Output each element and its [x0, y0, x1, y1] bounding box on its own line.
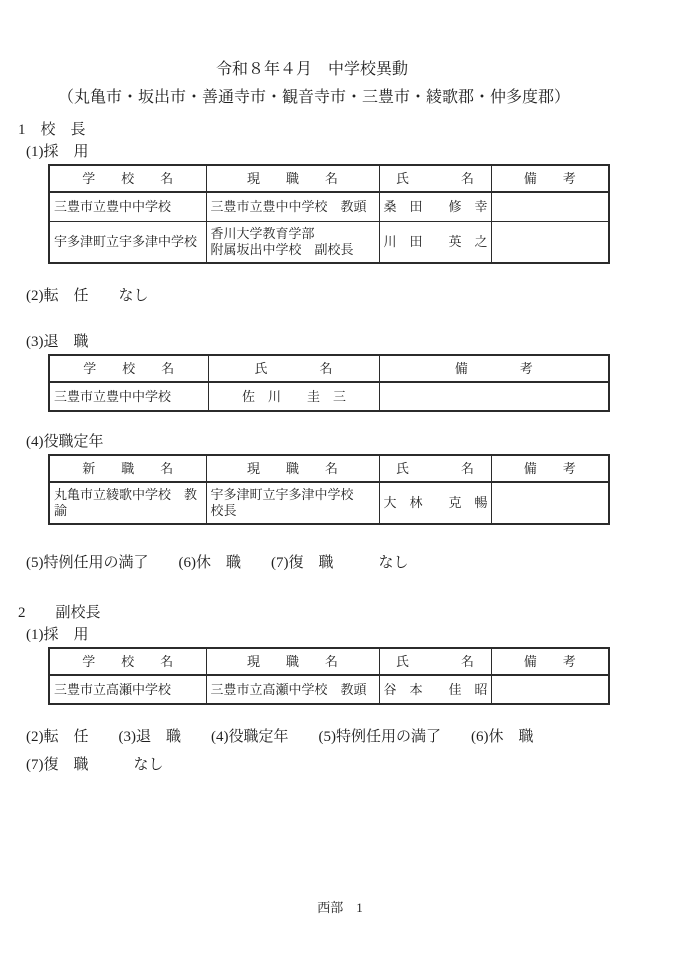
- s1-mandatory-retirement-label: (4)役職定年: [26, 432, 680, 452]
- table-row: 三豊市立豊中中学校 三豊市立豊中中学校 教頭 桑 田 修 幸: [49, 192, 609, 221]
- document-title: 令和８年４月 中学校異動: [0, 60, 624, 80]
- table-header-row: 学 校 名 氏 名 備 考: [49, 355, 609, 382]
- s1-other-items-label: (5)特例任用の満了 (6)休 職 (7)復 職 なし: [26, 553, 680, 573]
- cell-person-name: 谷 本 佳 昭: [379, 675, 491, 704]
- cell-current-position: 三豊市立豊中中学校 教頭: [206, 192, 379, 221]
- col-header-school-name: 学 校 名: [49, 165, 206, 192]
- cell-current-position: 宇多津町立宇多津中学校 校長: [206, 482, 379, 524]
- col-header-person-name: 氏 名: [208, 355, 379, 382]
- section-2-heading: 2 副校長: [18, 603, 680, 623]
- cell-person-name: 桑 田 修 幸: [379, 192, 491, 221]
- col-header-person-name: 氏 名: [379, 455, 491, 482]
- section-1-heading: 1 校 長: [18, 120, 680, 140]
- s2-adoption-table: 学 校 名 現 職 名 氏 名 備 考 三豊市立高瀬中学校 三豊市立高瀬中学校 …: [48, 647, 610, 705]
- col-header-person-name: 氏 名: [379, 165, 491, 192]
- cell-current-position: 香川大学教育学部 附属坂出中学校 副校長: [206, 221, 379, 263]
- cell-person-name: 川 田 英 之: [379, 221, 491, 263]
- cell-current-position: 三豊市立高瀬中学校 教頭: [206, 675, 379, 704]
- col-header-remarks: 備 考: [491, 648, 609, 675]
- table-row: 丸亀市立綾歌中学校 教諭 宇多津町立宇多津中学校 校長 大 林 克 暢: [49, 482, 609, 524]
- s2-adoption-label: (1)採 用: [26, 625, 680, 645]
- table-header-row: 学 校 名 現 職 名 氏 名 備 考: [49, 648, 609, 675]
- cell-person-name: 佐 川 圭 三: [208, 382, 379, 411]
- col-header-new-position: 新 職 名: [49, 455, 206, 482]
- col-header-current-position: 現 職 名: [206, 648, 379, 675]
- cell-new-position: 丸亀市立綾歌中学校 教諭: [49, 482, 206, 524]
- col-header-current-position: 現 職 名: [206, 455, 379, 482]
- cell-remarks: [491, 192, 609, 221]
- cell-school-name: 三豊市立豊中中学校: [49, 192, 206, 221]
- document-page: 令和８年４月 中学校異動 （丸亀市・坂出市・善通寺市・観音寺市・三豊市・綾歌郡・…: [0, 0, 680, 961]
- s1-retirement-label: (3)退 職: [26, 332, 680, 352]
- s2-other-items-line2: (7)復 職 なし: [26, 755, 680, 775]
- table-row: 宇多津町立宇多津中学校 香川大学教育学部 附属坂出中学校 副校長 川 田 英 之: [49, 221, 609, 263]
- cell-school-name: 宇多津町立宇多津中学校: [49, 221, 206, 263]
- cell-person-name: 大 林 克 暢: [379, 482, 491, 524]
- cell-remarks: [379, 382, 609, 411]
- table-row: 三豊市立豊中中学校 佐 川 圭 三: [49, 382, 609, 411]
- col-header-school-name: 学 校 名: [49, 648, 206, 675]
- s1-mandatory-retirement-table: 新 職 名 現 職 名 氏 名 備 考 丸亀市立綾歌中学校 教諭 宇多津町立宇多…: [48, 454, 610, 525]
- page-footer: 西部 1: [0, 898, 680, 918]
- s1-adoption-table: 学 校 名 現 職 名 氏 名 備 考 三豊市立豊中中学校 三豊市立豊中中学校 …: [48, 164, 610, 264]
- cell-school-name: 三豊市立高瀬中学校: [49, 675, 206, 704]
- document-subtitle: （丸亀市・坂出市・善通寺市・観音寺市・三豊市・綾歌郡・仲多度郡）: [58, 88, 680, 108]
- col-header-school-name: 学 校 名: [49, 355, 208, 382]
- cell-remarks: [491, 482, 609, 524]
- table-header-row: 新 職 名 現 職 名 氏 名 備 考: [49, 455, 609, 482]
- table-header-row: 学 校 名 現 職 名 氏 名 備 考: [49, 165, 609, 192]
- s2-other-items-line1: (2)転 任 (3)退 職 (4)役職定年 (5)特例任用の満了 (6)休 職: [26, 727, 680, 747]
- col-header-remarks: 備 考: [491, 165, 609, 192]
- s1-transfer-label: (2)転 任 なし: [26, 286, 680, 306]
- s1-retirement-table: 学 校 名 氏 名 備 考 三豊市立豊中中学校 佐 川 圭 三: [48, 354, 610, 412]
- cell-remarks: [491, 675, 609, 704]
- s1-adoption-label: (1)採 用: [26, 142, 680, 162]
- col-header-current-position: 現 職 名: [206, 165, 379, 192]
- cell-remarks: [491, 221, 609, 263]
- col-header-remarks: 備 考: [379, 355, 609, 382]
- col-header-person-name: 氏 名: [379, 648, 491, 675]
- cell-school-name: 三豊市立豊中中学校: [49, 382, 208, 411]
- table-row: 三豊市立高瀬中学校 三豊市立高瀬中学校 教頭 谷 本 佳 昭: [49, 675, 609, 704]
- col-header-remarks: 備 考: [491, 455, 609, 482]
